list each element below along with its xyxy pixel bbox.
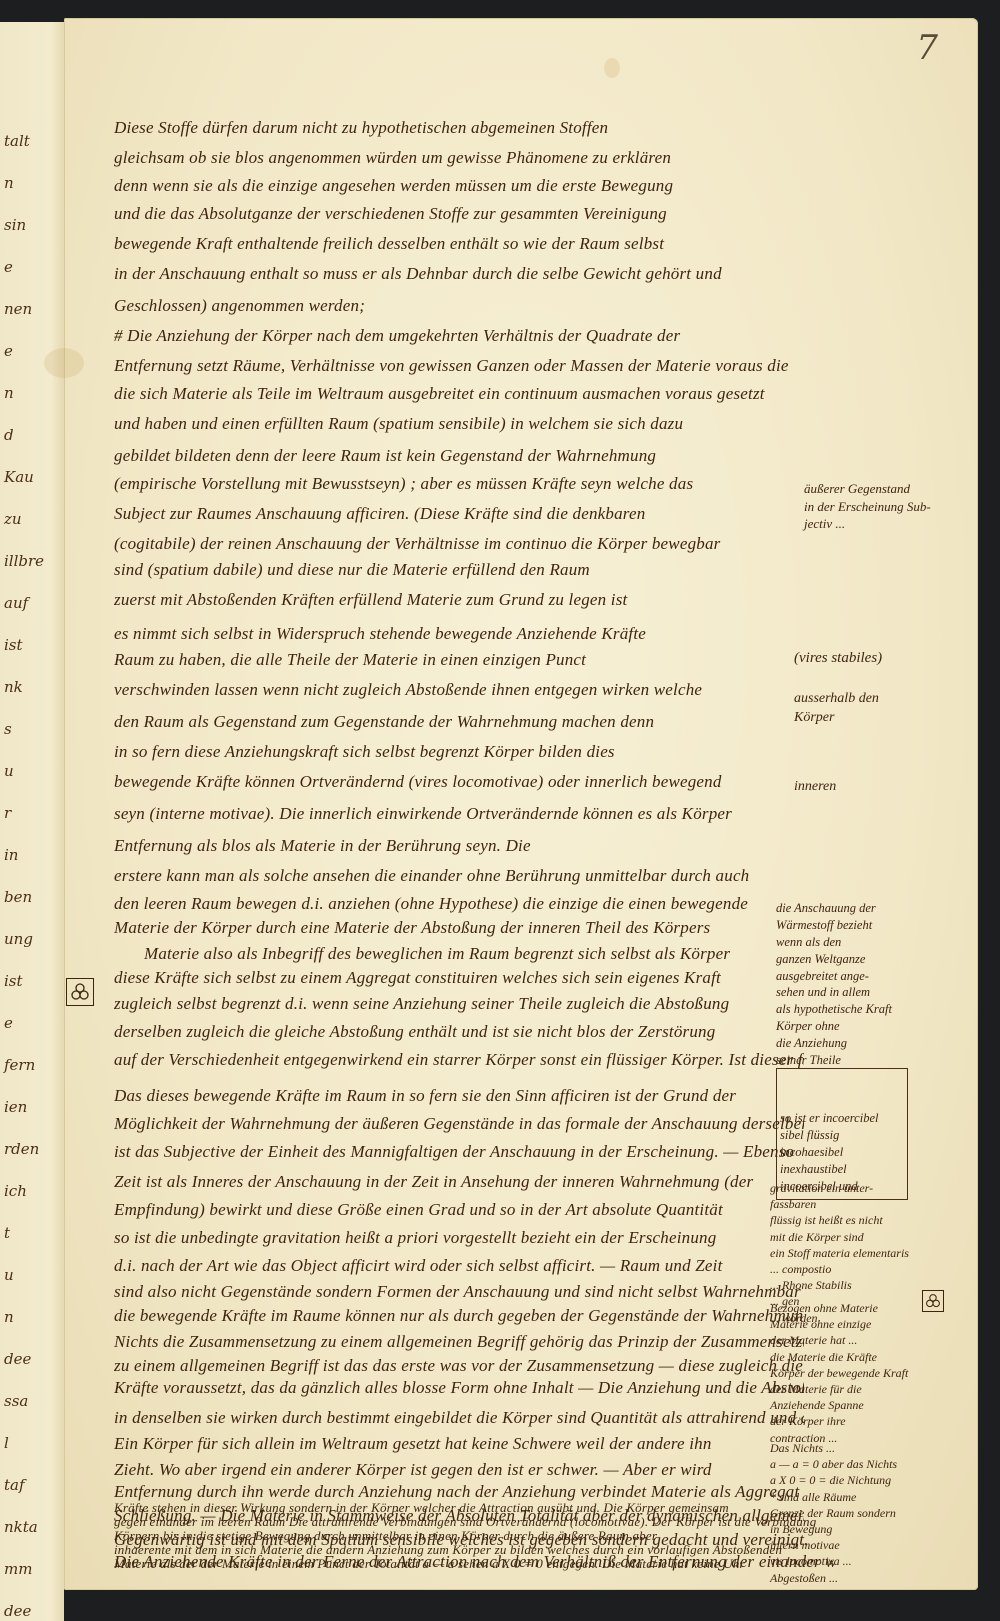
manuscript-line: Diese Stoffe dürfen darum nicht zu hypot… — [114, 118, 834, 138]
previous-page-fragment: rden — [4, 1140, 39, 1158]
margin-note-line: sibel flüssig — [780, 1127, 878, 1144]
previous-page-fragment: u — [4, 762, 14, 780]
previous-page-fragment: l — [4, 1434, 9, 1452]
manuscript-line: erstere kann man als solche ansehen die … — [114, 866, 834, 886]
manuscript-line: verschwinden lassen wenn nicht zugleich … — [114, 680, 814, 700]
previous-page-fragment: auf — [4, 594, 28, 612]
manuscript-line: zuerst mit Abstoßenden Kräften erfüllend… — [114, 590, 814, 610]
margin-note-line: ausserhalb den — [794, 690, 879, 709]
margin-note-line: * sind alle Räume — [770, 1489, 897, 1505]
previous-page-fragment: ist — [4, 972, 23, 990]
previous-page-fragment: n — [4, 174, 14, 192]
margin-note-line: in Bewegung — [770, 1521, 897, 1537]
page-number: 7 — [916, 28, 938, 68]
previous-page-fragment: sin — [4, 216, 26, 234]
margin-note-line: Körper — [794, 709, 879, 728]
manuscript-line: (empirische Vorstellung mit Bewusstseyn)… — [114, 474, 814, 494]
previous-page-fragment: u — [4, 1266, 14, 1284]
margin-note-line: mit die Körper sind — [770, 1229, 909, 1245]
manuscript-line: Geschlossen) angenommen werden; — [114, 296, 834, 316]
margin-note-line: vis locomotiva ... — [770, 1553, 897, 1569]
three-circles-symbol-box — [922, 1290, 944, 1312]
margin-note-line: intern motivae — [770, 1537, 897, 1553]
manuscript-line: Materie also als Inbegriff des beweglich… — [144, 944, 834, 964]
margin-note-line: Anziehende Spanne — [770, 1397, 908, 1413]
margin-note-line: der Materie für die — [770, 1381, 908, 1397]
manuscript-line: gleichsam ob sie blos angenommen würden … — [114, 148, 834, 168]
manuscript-line: zu einem allgemeinen Begriff ist das das… — [114, 1356, 804, 1376]
margin-note: die Anschauung derWärmestoff beziehtwenn… — [776, 900, 892, 1069]
manuscript-line: Entfernung als blos als Materie in der B… — [114, 836, 814, 856]
manuscript-line: Empfindung) bewirkt und diese Größe eine… — [114, 1200, 804, 1220]
margin-note-line: gravitation ein unter- — [770, 1180, 909, 1196]
manuscript-line: Kräfte voraussetzt, das da gänzlich alle… — [114, 1378, 804, 1398]
margin-note-line: Materie ohne einzige — [770, 1316, 908, 1332]
previous-page-fragment: taf — [4, 1476, 25, 1494]
manuscript-line: so ist die unbedingte gravitation heißt … — [114, 1228, 804, 1248]
margin-note-line: ... Rhone Stabilis — [770, 1277, 909, 1293]
margin-note-line: seiner Theile — [776, 1052, 892, 1069]
previous-page-fragment: zu — [4, 510, 22, 528]
manuscript-line: zugleich selbst begrenzt d.i. wenn seine… — [114, 994, 804, 1014]
margin-note-line: ausgebreitet ange- — [776, 968, 892, 985]
margin-note-line: die Materie die Kräfte — [770, 1349, 908, 1365]
previous-page-fragment: nk — [4, 678, 23, 696]
margin-note-line: inneren — [794, 778, 836, 797]
previous-page-fragment: r — [4, 804, 11, 822]
margin-note-line: Bezogen ohne Materie — [770, 1300, 908, 1316]
margin-note-line: der Körper ihre — [770, 1413, 908, 1429]
margin-note-line: inexhaustibel — [780, 1161, 878, 1178]
manuscript-line: und haben und einen erfüllten Raum (spat… — [114, 414, 834, 434]
margin-note-line: fassbaren — [770, 1196, 909, 1212]
margin-note-line: a — a = 0 aber das Nichts — [770, 1456, 897, 1472]
margin-note-line: ein Stoff materia elementaris — [770, 1245, 909, 1261]
margin-note-line: als hypothetische Kraft — [776, 1001, 892, 1018]
manuscript-line: die sich Materie als Teile im Weltraum a… — [114, 384, 834, 404]
margin-note-line: ... compostio — [770, 1261, 909, 1277]
previous-page-fragment: s — [4, 720, 12, 738]
manuscript-line: den leeren Raum bewegen d.i. anziehen (o… — [114, 894, 804, 914]
margin-note-line: wenn als den — [776, 934, 892, 951]
previous-page-fragment: dee — [4, 1602, 31, 1620]
previous-page-fragment: fern — [4, 1056, 35, 1074]
manuscript-line: sind also nicht Gegenstände sondern Form… — [114, 1282, 804, 1302]
manuscript-line: die bewegende Kräfte im Raume können nur… — [114, 1306, 804, 1326]
margin-note-line: a X 0 = 0 = die Nichtung — [770, 1472, 897, 1488]
previous-page-fragment: in — [4, 846, 18, 864]
manuscript-line: ist das Subjective der Einheit des Manni… — [114, 1142, 804, 1162]
manuscript-line: diese Kräfte sich selbst zu einem Aggreg… — [114, 968, 804, 988]
margin-note: Bezogen ohne MaterieMaterie ohne einzige… — [770, 1300, 908, 1446]
manuscript-line: Raum zu haben, die alle Theile der Mater… — [114, 650, 814, 670]
manuscript-line: d.i. nach der Art wie das Object afficir… — [114, 1256, 804, 1276]
manuscript-line: bewegende Kräfte können Ortverändernd (v… — [114, 772, 814, 792]
manuscript-line: bewegende Kraft enthaltende freilich des… — [114, 234, 834, 254]
manuscript-line: Materie der Körper durch eine Materie de… — [114, 918, 804, 938]
manuscript-line: Das dieses bewegende Kräfte im Raum in s… — [114, 1086, 804, 1106]
manuscript-page: 7 Diese Stoffe dürfen darum nicht zu hyp… — [64, 18, 978, 1590]
previous-page-fragment: ist — [4, 636, 23, 654]
manuscript-line: in denselben sie wirken durch bestimmt e… — [114, 1408, 804, 1428]
margin-note-line: die Anschauung der — [776, 900, 892, 917]
manuscript-line: Ein Körper für sich allein im Weltraum g… — [114, 1434, 804, 1454]
previous-page-fragment: mm — [4, 1560, 32, 1578]
manuscript-line: Möglichkeit der Wahrnehmung der äußeren … — [114, 1114, 804, 1134]
margin-note-line: der Materie hat ... — [770, 1332, 908, 1348]
previous-page-fragment: e — [4, 258, 13, 276]
margin-note: ausserhalb denKörper — [794, 690, 879, 728]
previous-page-fragment: nen — [4, 300, 32, 318]
previous-page-fragment: n — [4, 1308, 14, 1326]
margin-note: inneren — [794, 778, 836, 797]
manuscript-line: in der Anschauung enthalt so muss er als… — [114, 264, 834, 284]
previous-page-fragment: n — [4, 384, 14, 402]
margin-note-line: die Anziehung — [776, 1035, 892, 1052]
margin-note: (vires stabiles) — [794, 648, 882, 668]
previous-page-fragment: t — [4, 1224, 10, 1242]
previous-page-fragment: nkta — [4, 1518, 38, 1536]
margin-note: Das Nichts ...a — a = 0 aber das Nichtsa… — [770, 1440, 897, 1586]
manuscript-line: gebildet bildeten denn der leere Raum is… — [114, 446, 814, 466]
manuscript-line: in so fern diese Anziehungskraft sich se… — [114, 742, 814, 762]
margin-note-line: äußerer Gegenstand — [804, 480, 931, 498]
manuscript-line: seyn (interne motivae). Die innerlich ei… — [114, 804, 814, 824]
manuscript-line: den Raum als Gegenstand zum Gegenstande … — [114, 712, 814, 732]
manuscript-line: denn wenn sie als die einzige angesehen … — [114, 176, 834, 196]
manuscript-line: Entfernung durch ihn werde durch Anziehu… — [114, 1482, 804, 1502]
margin-note-line: Körper ohne — [776, 1018, 892, 1035]
manuscript-line: Zieht. Wo aber irgend ein anderer Körper… — [114, 1460, 804, 1480]
three-circles-icon — [70, 982, 90, 1002]
margin-note-line: incohaesibel — [780, 1144, 878, 1161]
margin-note-line: ganzen Weltganze — [776, 951, 892, 968]
previous-page-fragment: talt — [4, 132, 30, 150]
manuscript-line: Entfernung setzt Räume, Verhältnisse von… — [114, 356, 834, 376]
previous-page-fragment: illbre — [4, 552, 44, 570]
manuscript-line: Nichts die Zusammensetzung zu einem allg… — [114, 1332, 804, 1352]
margin-note-line: Körper der bewegende Kraft — [770, 1365, 908, 1381]
manuscript-line: sind (spatium dabile) und diese nur die … — [114, 560, 814, 580]
previous-page-fragment: d — [4, 426, 14, 444]
margin-note-line: (vires stabiles) — [794, 648, 882, 668]
margin-note: äußerer Gegenstandin der Erscheinung Sub… — [804, 480, 931, 533]
margin-note-line: Abgestoßen ... — [770, 1570, 897, 1586]
stain — [604, 58, 620, 78]
manuscript-line: Subject zur Raumes Anschauung afficiren.… — [114, 504, 814, 524]
three-circles-icon — [925, 1293, 941, 1309]
manuscript-line: und die das Absolutganze der verschieden… — [114, 204, 834, 224]
previous-page-fragment: e — [4, 342, 13, 360]
manuscript-line: Materie als der der Materie in einem Pun… — [114, 1556, 834, 1572]
margin-note-line: flüssig ist heißt es nicht — [770, 1212, 909, 1228]
manuscript-line: es nimmt sich selbst in Widerspruch steh… — [114, 624, 814, 644]
margin-note-line: sehen und in allem — [776, 984, 892, 1001]
margin-note-line: in der Erscheinung Sub- — [804, 498, 931, 516]
manuscript-line: # Die Anziehung der Körper nach dem umge… — [114, 326, 834, 346]
previous-page-fragment: ung — [4, 930, 33, 948]
manuscript-line: (cogitabile) der reinen Anschauung der V… — [114, 534, 814, 554]
previous-page-fragment: e — [4, 1014, 13, 1032]
previous-page-fragment: ien — [4, 1098, 27, 1116]
previous-page-fragment: ich — [4, 1182, 27, 1200]
margin-note-line: jectiv ... — [804, 515, 931, 533]
margin-note-line: so ist er incoercibel — [780, 1110, 878, 1127]
manuscript-line: derselben zugleich die gleiche Abstoßung… — [114, 1022, 804, 1042]
manuscript-line: auf der Verschiedenheit entgegenwirkend … — [114, 1050, 804, 1070]
previous-page-fragment: ssa — [4, 1392, 28, 1410]
three-circles-symbol-box — [66, 978, 94, 1006]
previous-page-fragment: ben — [4, 888, 32, 906]
previous-page-fragment: Kau — [4, 468, 34, 486]
previous-page-edge: taltnsinenenendKauzuillbreaufistnksurinb… — [0, 22, 64, 1621]
margin-note-line: Wärmestoff bezieht — [776, 917, 892, 934]
stain — [44, 348, 84, 378]
previous-page-fragment: dee — [4, 1350, 31, 1368]
manuscript-line: Zeit ist als Inneres der Anschauung in d… — [114, 1172, 804, 1192]
margin-note-line: Grenze der Raum sondern — [770, 1505, 897, 1521]
margin-note-line: Das Nichts ... — [770, 1440, 897, 1456]
